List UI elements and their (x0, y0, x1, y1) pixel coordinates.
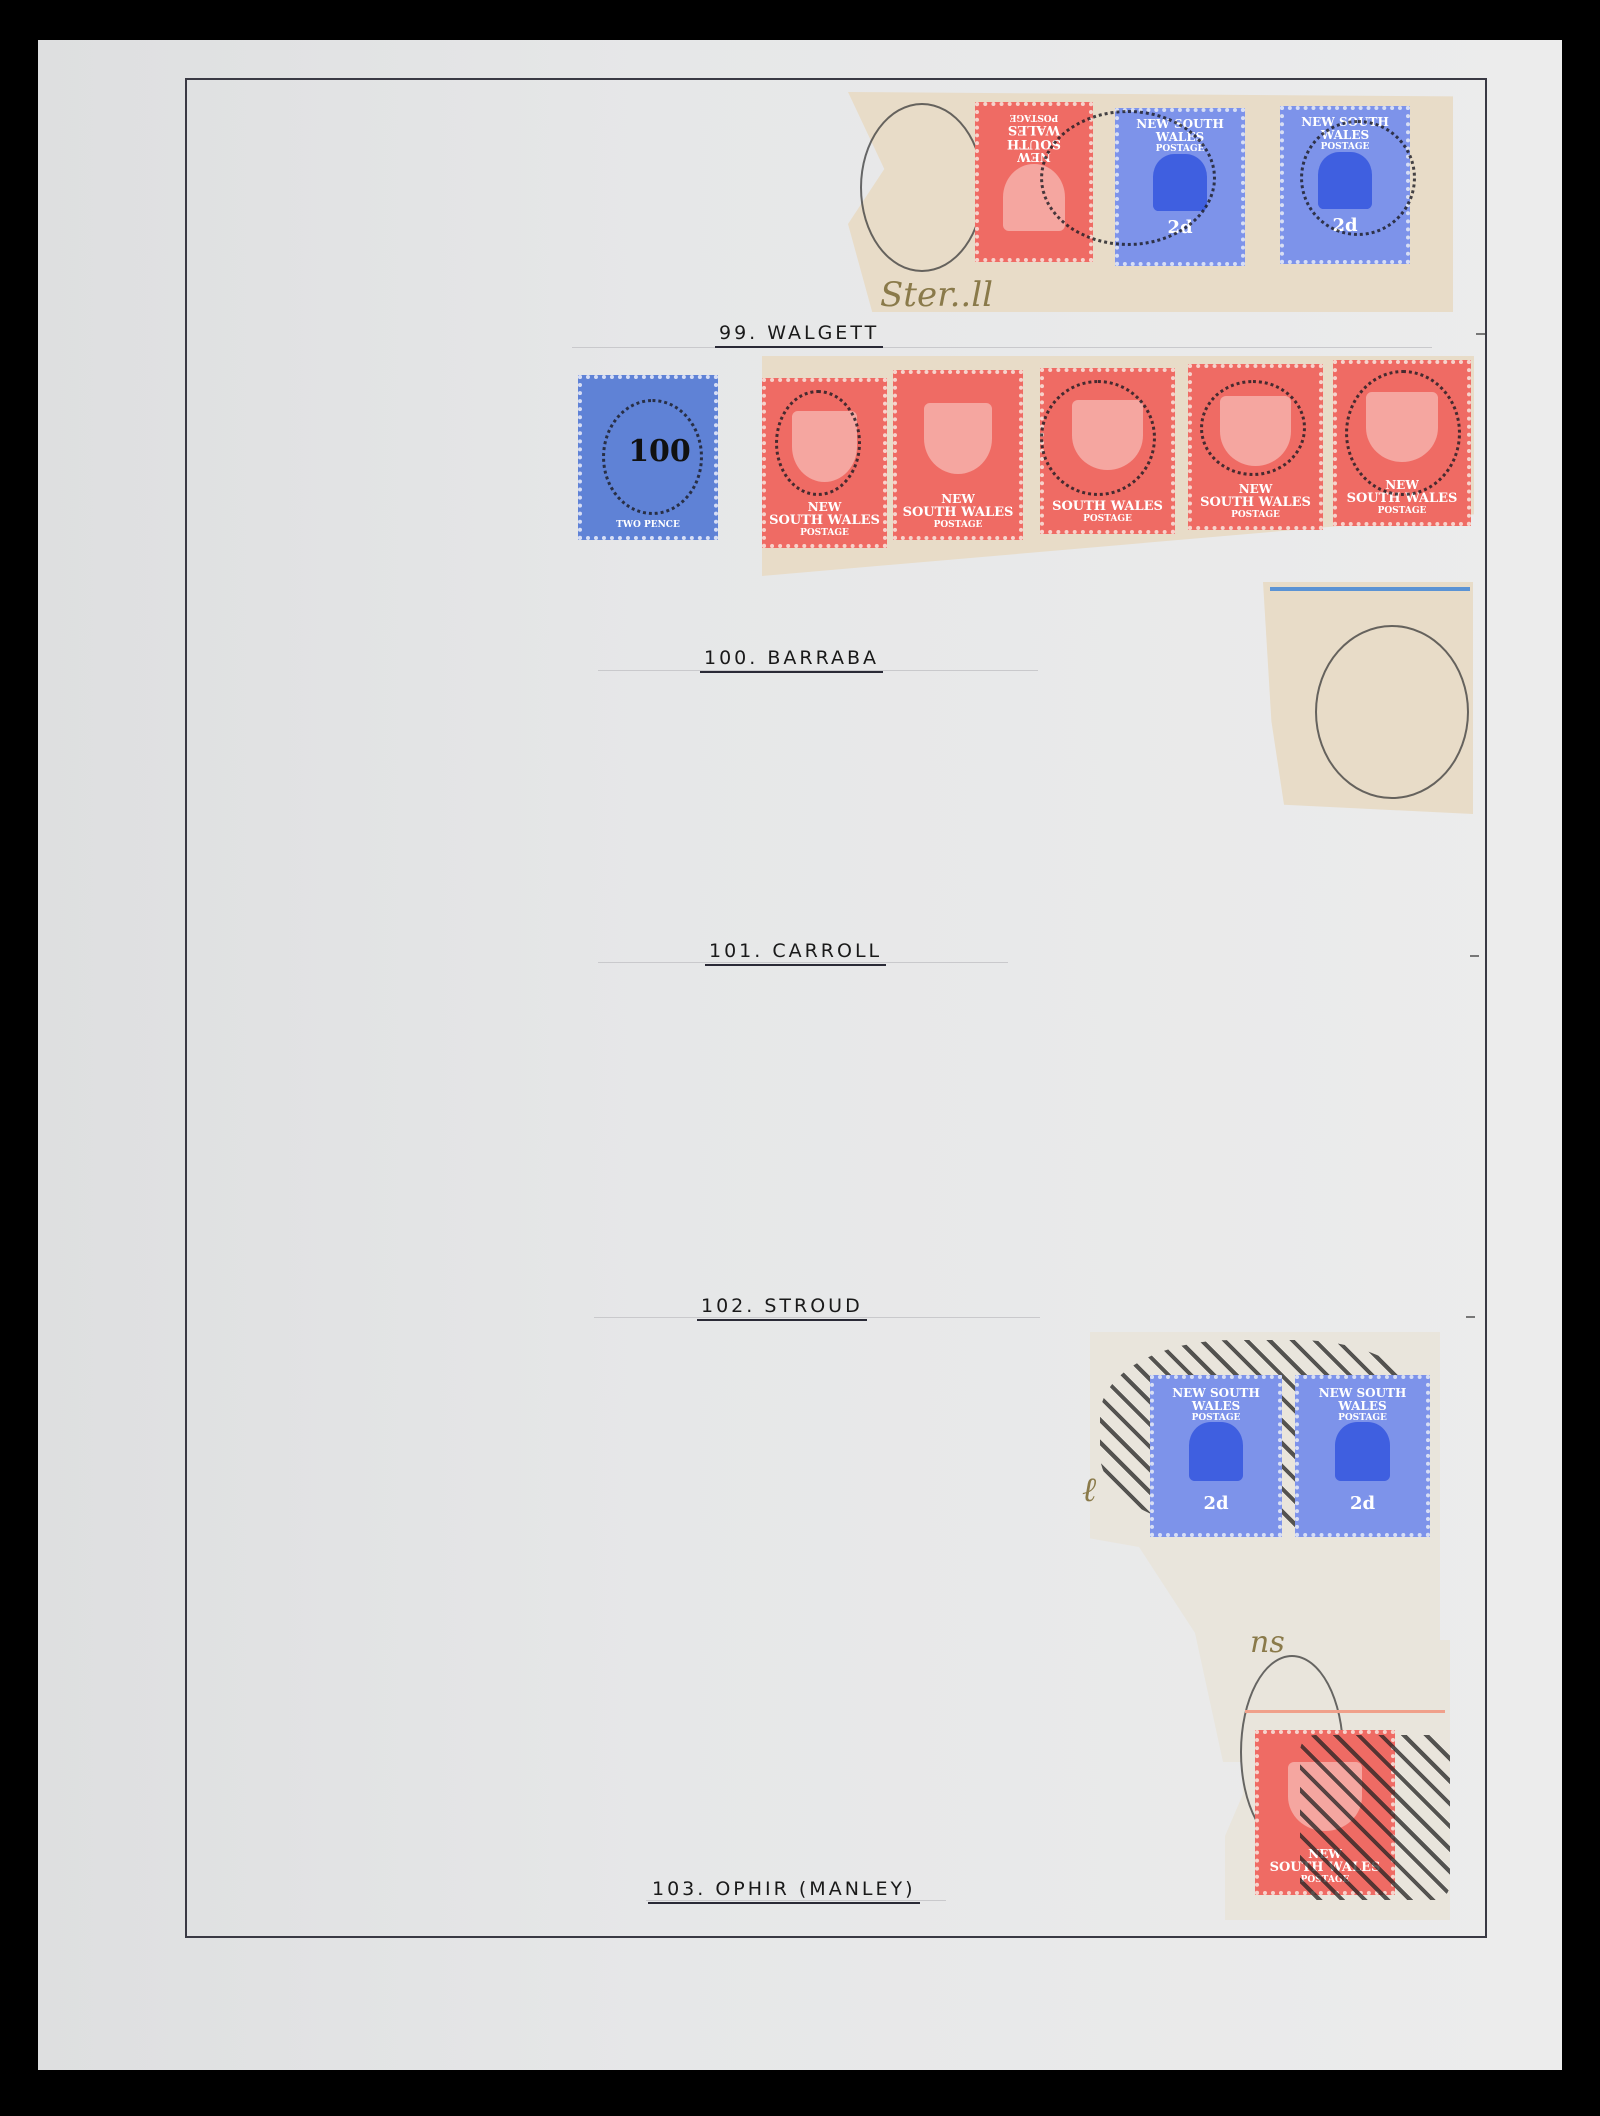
stamp-1d-red: NEW SOUTH WALES POSTAGE (893, 370, 1023, 540)
entry-label-stroud: 102. STROUD (697, 1295, 867, 1321)
red-crayon-line (1245, 1710, 1445, 1713)
guide-line (572, 347, 1432, 348)
numeral-cancel (1345, 370, 1461, 496)
barred-cancel (1300, 1735, 1450, 1900)
handwriting: Ster..ll (880, 275, 993, 315)
entry-label-barraba: 100. BARRABA (700, 647, 883, 673)
entry-label-carroll: 101. CARROLL (705, 940, 886, 966)
postmark-walgett (860, 103, 984, 272)
numeral-cancel (775, 390, 861, 496)
blue-crayon-line (1270, 587, 1470, 591)
stamp-two-pence-blue: 100 TWO PENCE (578, 375, 718, 540)
numeral-cancel (1300, 120, 1416, 236)
queen-portrait (1189, 1422, 1244, 1481)
margin-tick (1466, 1316, 1475, 1318)
handwriting: ns (1250, 1625, 1285, 1660)
stamp-2d-blue: NEW SOUTH WALES POSTAGE 2d (1295, 1375, 1430, 1537)
margin-tick (1476, 333, 1485, 335)
numeral-cancel (1040, 380, 1156, 496)
queen-portrait (1335, 1422, 1391, 1481)
numeral-cancel (1200, 380, 1306, 476)
handwriting: ℓ (1082, 1470, 1096, 1510)
entry-label-ophir: 103. OPHIR (MANLEY) (648, 1878, 920, 1904)
entry-label-walgett: 99. WALGETT (715, 322, 883, 348)
postmark-barraba (1315, 625, 1469, 799)
coat-of-arms (924, 403, 992, 474)
stamp-2d-blue: NEW SOUTH WALES POSTAGE 2d (1150, 1375, 1282, 1537)
numeral-cancel (1040, 110, 1216, 246)
margin-tick (1470, 955, 1479, 957)
